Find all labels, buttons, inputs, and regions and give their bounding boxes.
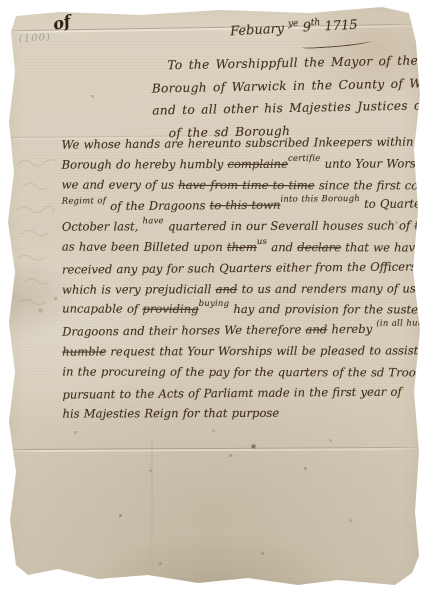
text-segment: hereby bbox=[327, 322, 376, 336]
manuscript-line: Borough do hereby humbly complainecertif… bbox=[62, 153, 422, 175]
manuscript-paper: 42.41 (100) of Febuary ye 9th 1715 To th… bbox=[0, 0, 426, 600]
date-underline-flourish bbox=[302, 39, 372, 50]
text-segment: We whose hands are hereunto subscribed I… bbox=[61, 134, 417, 151]
text-segment: October last, bbox=[62, 220, 143, 234]
struck-text: providing bbox=[142, 302, 198, 316]
text-segment: quartered in our Severall houses such of bbox=[164, 219, 415, 234]
date-ordinal: th bbox=[311, 18, 321, 28]
text-segment: as have been Billeted upon bbox=[62, 240, 227, 254]
inserted-text: into this Borough bbox=[280, 189, 360, 210]
struck-text: declare bbox=[297, 240, 341, 254]
inserted-text: certifie bbox=[288, 149, 321, 170]
text-segment: his Majesties Reign for that purpose bbox=[62, 406, 279, 421]
manuscript-line: We whose hands are hereunto subscribed I… bbox=[61, 131, 421, 155]
text-segment: to us and renders many of us utterly bbox=[237, 281, 426, 296]
text-segment: in the procureing of the pay for the qua… bbox=[62, 364, 426, 379]
inserted-text: Regimt of bbox=[62, 192, 107, 213]
catalogue-number-note: (100) bbox=[19, 32, 51, 45]
text-segment: that we have not bbox=[341, 240, 426, 254]
text-segment: pursuant to the Acts of Parliamt made in… bbox=[62, 384, 401, 401]
text-segment: which is very prejudiciall bbox=[62, 282, 216, 297]
manuscript-line: uncapable of providingbuying hay and pro… bbox=[62, 299, 422, 321]
letter-body: We whose hands are hereunto subscribed I… bbox=[61, 132, 422, 424]
manuscript-line: Dragoons and their horses We therefore a… bbox=[62, 319, 422, 343]
struck-text: the sd bbox=[418, 134, 426, 148]
date-line: Febuary ye 9th 1715 bbox=[230, 16, 358, 40]
manuscript-line: we and every of us have from time to tim… bbox=[62, 174, 422, 196]
struck-text: the said bbox=[414, 218, 426, 232]
date-month: Febuary bbox=[230, 22, 285, 40]
text-segment: request that Your Worships will be pleas… bbox=[106, 343, 426, 358]
manuscript-line: October last, have quartered in our Seve… bbox=[62, 216, 422, 238]
manuscript-line: which is very prejudiciall and to us and… bbox=[62, 278, 422, 300]
text-segment: to Quarter the 29th of bbox=[360, 196, 426, 211]
fold-crease-vertical bbox=[151, 440, 153, 590]
ink-filing-mark: of bbox=[51, 11, 72, 33]
fold-crease-bottom bbox=[0, 447, 426, 452]
text-segment: Borough do hereby humbly bbox=[62, 157, 228, 172]
inserted-text: have bbox=[143, 211, 164, 232]
text-segment: and bbox=[267, 240, 297, 254]
inserted-text: buying bbox=[199, 294, 230, 315]
struck-text: complaine bbox=[227, 157, 288, 171]
manuscript-line: Regimt of of the Dragoons to this townin… bbox=[62, 194, 422, 218]
inserted-text: us bbox=[257, 232, 267, 253]
struck-text: to this town bbox=[210, 198, 281, 213]
address-block: To the Worshippfull the Mayor of the Bor… bbox=[151, 49, 423, 144]
struck-text: and bbox=[305, 322, 327, 336]
date-ye: ye bbox=[288, 19, 299, 30]
struck-text: humble bbox=[62, 344, 106, 358]
show-through-writing bbox=[10, 152, 62, 312]
struck-text: them bbox=[227, 240, 257, 254]
archival-corner-note: 42.41 bbox=[18, 9, 38, 16]
manuscript-line: humble request that Your Worships will b… bbox=[62, 340, 422, 362]
manuscript-line: in the procureing of the pay for the qua… bbox=[62, 361, 422, 383]
inserted-text: (in all humble manner) bbox=[376, 313, 426, 335]
text-segment: received any pay for such Quarters eithe… bbox=[62, 259, 426, 277]
manuscript-line: pursuant to the Acts of Parliamt made in… bbox=[62, 381, 422, 405]
text-segment: we and every of us bbox=[62, 177, 179, 191]
manuscript-line: received any pay for such Quarters eithe… bbox=[62, 256, 422, 280]
text-segment: unto Your Worships that bbox=[320, 156, 426, 171]
manuscript-line: as have been Billeted upon themus and de… bbox=[62, 237, 422, 259]
text-segment: uncapable of bbox=[62, 302, 142, 316]
paper-speckles bbox=[0, 0, 1, 1]
date-year: 1715 bbox=[324, 18, 358, 35]
manuscript-line: his Majesties Reign for that purpose bbox=[62, 403, 422, 425]
text-segment: Dragoons and their horses We therefore bbox=[62, 323, 305, 339]
